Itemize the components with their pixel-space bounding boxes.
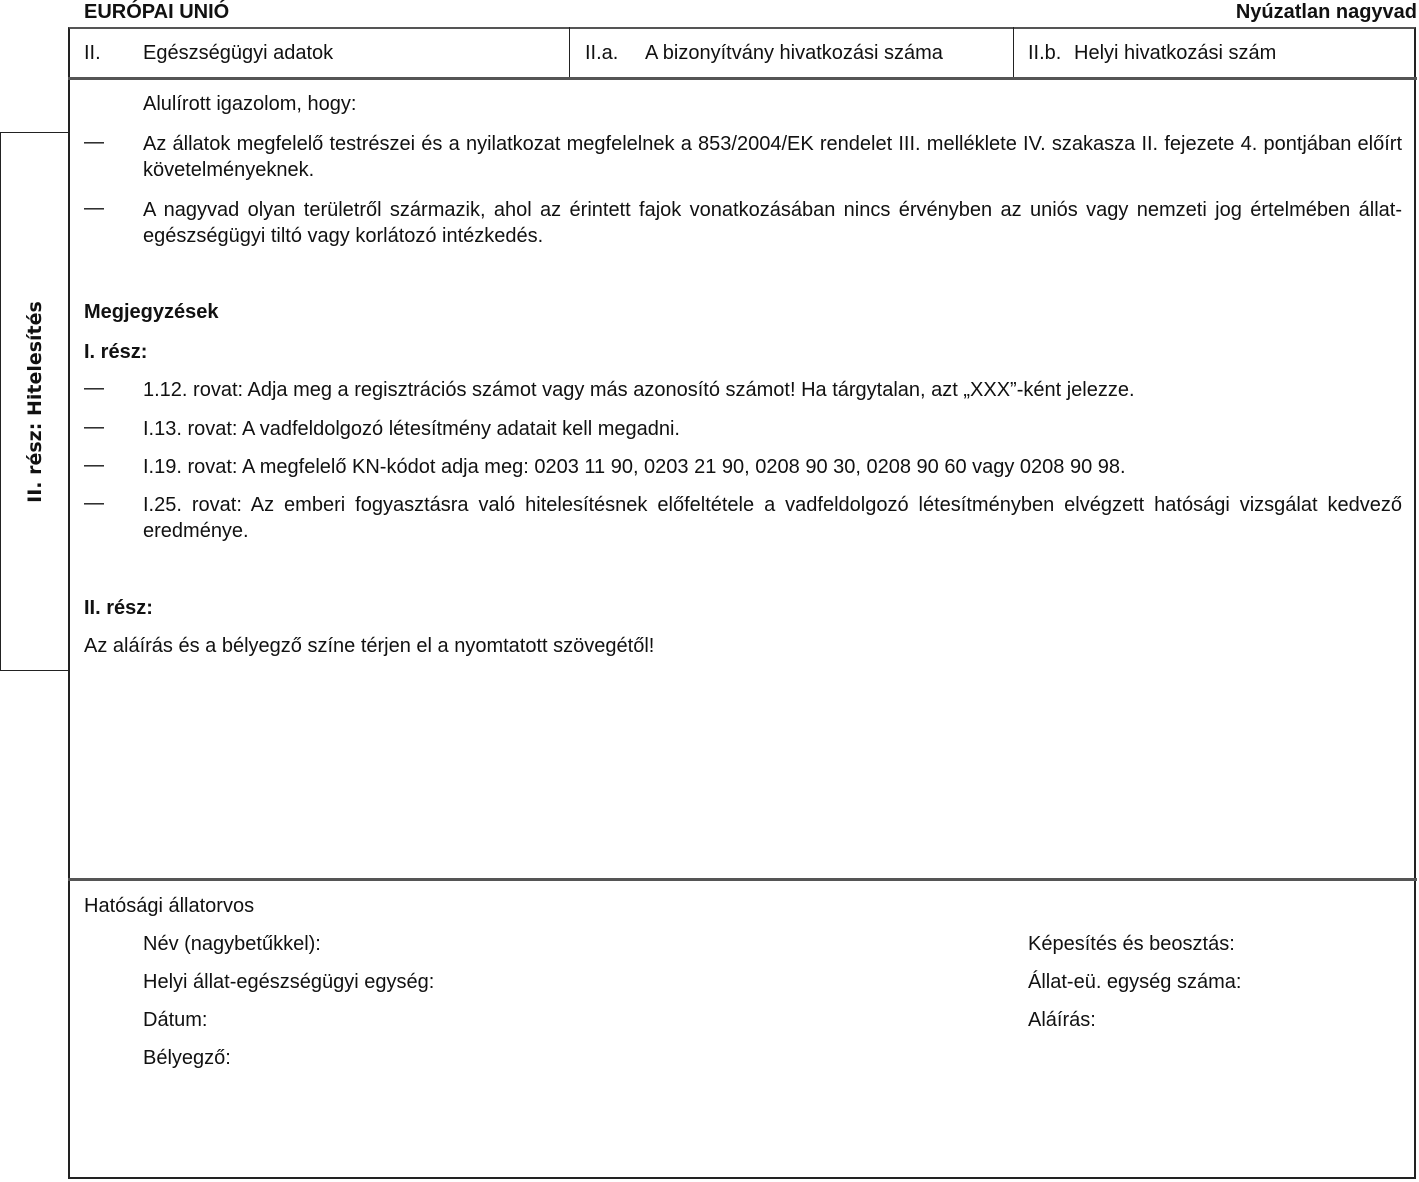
header-cell-number: II.b. bbox=[1028, 27, 1061, 79]
section-header-row: II. Egészségügyi adatok II.a. A bizonyít… bbox=[68, 27, 1417, 80]
header-cell-number: II.a. bbox=[585, 27, 618, 79]
header-cell-label: Egészségügyi adatok bbox=[143, 27, 333, 79]
bullet-dash: — bbox=[84, 197, 104, 220]
field-stamp-label: Bélyegző: bbox=[143, 1045, 231, 1071]
bullet-dash: — bbox=[84, 492, 104, 515]
document-region-label: EURÓPAI UNIÓ bbox=[84, 1, 229, 24]
bullet-dash: — bbox=[84, 377, 104, 400]
header-cell-local-reference: II.b. Helyi hivatkozási szám bbox=[1014, 27, 1414, 77]
signature-title: Hatósági állatorvos bbox=[84, 893, 254, 919]
header-cell-label: Helyi hivatkozási szám bbox=[1074, 27, 1276, 79]
certification-intro: Alulírott igazolom, hogy: bbox=[143, 91, 356, 117]
field-qualification-label: Képesítés és beosztás: bbox=[1028, 931, 1235, 957]
notes-part1-title: I. rész: bbox=[84, 339, 147, 365]
notes-part2-title: II. rész: bbox=[84, 595, 153, 621]
side-section-label: II. rész: Hitelesítés bbox=[24, 301, 46, 503]
bullet-dash: — bbox=[84, 416, 104, 439]
notes-part2-text: Az aláírás és a bélyegző színe térjen el… bbox=[84, 633, 654, 659]
header-cell-certificate-reference: II.a. A bizonyítvány hivatkozási száma bbox=[570, 27, 1014, 77]
note-item: 1.12. rovat: Adja meg a regisztrációs sz… bbox=[143, 377, 1402, 403]
field-date-label: Dátum: bbox=[143, 1007, 207, 1033]
certification-item: Az állatok megfelelő testrészei és a nyi… bbox=[143, 131, 1402, 183]
field-unit-number-label: Állat-eü. egység száma: bbox=[1028, 969, 1241, 995]
side-section-box: II. rész: Hitelesítés bbox=[0, 132, 69, 671]
certification-item: A nagyvad olyan területről származik, ah… bbox=[143, 197, 1402, 249]
notes-title: Megjegyzések bbox=[84, 299, 219, 325]
signature-section-divider bbox=[68, 878, 1417, 881]
document-type-label: Nyúzatlan nagyvad bbox=[1236, 1, 1417, 24]
field-signature-label: Aláírás: bbox=[1028, 1007, 1096, 1033]
note-item: I.19. rovat: A megfelelő KN-kódot adja m… bbox=[143, 454, 1402, 480]
field-name-label: Név (nagybetűkkel): bbox=[143, 931, 321, 957]
header-cell-label: A bizonyítvány hivatkozási száma bbox=[645, 27, 943, 79]
bullet-dash: — bbox=[84, 454, 104, 477]
note-item: I.25. rovat: Az emberi fogyasztásra való… bbox=[143, 492, 1402, 544]
bullet-dash: — bbox=[84, 131, 104, 154]
header-cell-number: II. bbox=[84, 27, 101, 79]
field-local-unit-label: Helyi állat-egészségügyi egység: bbox=[143, 969, 434, 995]
header-cell-health-data: II. Egészségügyi adatok bbox=[68, 27, 570, 77]
note-item: I.13. rovat: A vadfeldolgozó létesítmény… bbox=[143, 416, 1402, 442]
